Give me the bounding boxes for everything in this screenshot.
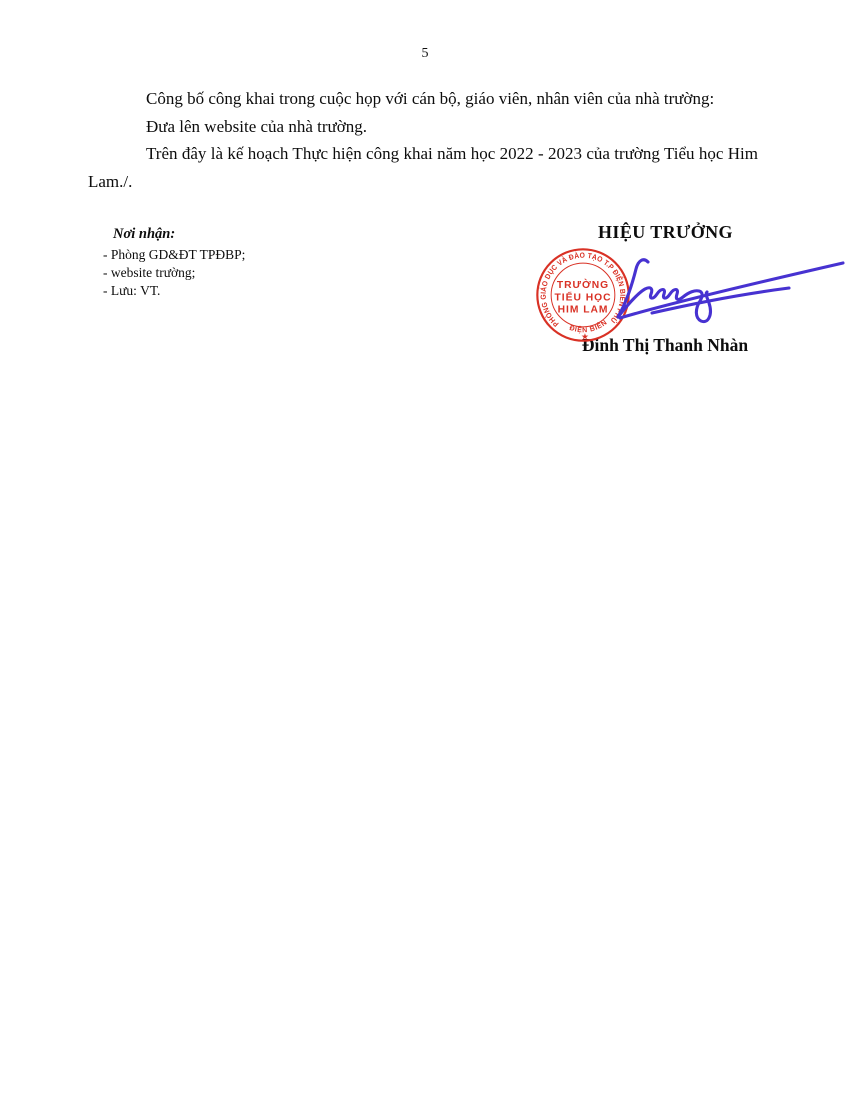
recipients-list: - Phòng GD&ĐT TPĐBP; - website trường; -… xyxy=(103,246,245,300)
page-number: 5 xyxy=(0,46,850,62)
recipients-block: Nơi nhận: - Phòng GD&ĐT TPĐBP; - website… xyxy=(103,226,245,300)
document-body: Công bố công khai trong cuộc họp với cán… xyxy=(88,85,758,195)
signature-stroke xyxy=(618,260,710,322)
stamp-star-icon: ★ xyxy=(581,332,589,342)
recipient-item: - Phòng GD&ĐT TPĐBP; xyxy=(103,246,245,264)
handwritten-signature xyxy=(600,252,850,330)
recipient-item: - Lưu: VT. xyxy=(103,282,245,300)
document-page: 5 Công bố công khai trong cuộc họp với c… xyxy=(0,0,850,1100)
recipients-heading: Nơi nhận: xyxy=(103,226,245,243)
paragraph: Trên đây là kế hoạch Thực hiện công khai… xyxy=(88,140,758,195)
paragraph: Công bố công khai trong cuộc họp với cán… xyxy=(88,85,758,113)
signature-flourish xyxy=(620,263,843,318)
paragraph: Đưa lên website của nhà trường. xyxy=(88,113,758,141)
recipient-item: - website trường; xyxy=(103,264,245,282)
signer-role-title: HIỆU TRƯỞNG xyxy=(558,222,773,243)
